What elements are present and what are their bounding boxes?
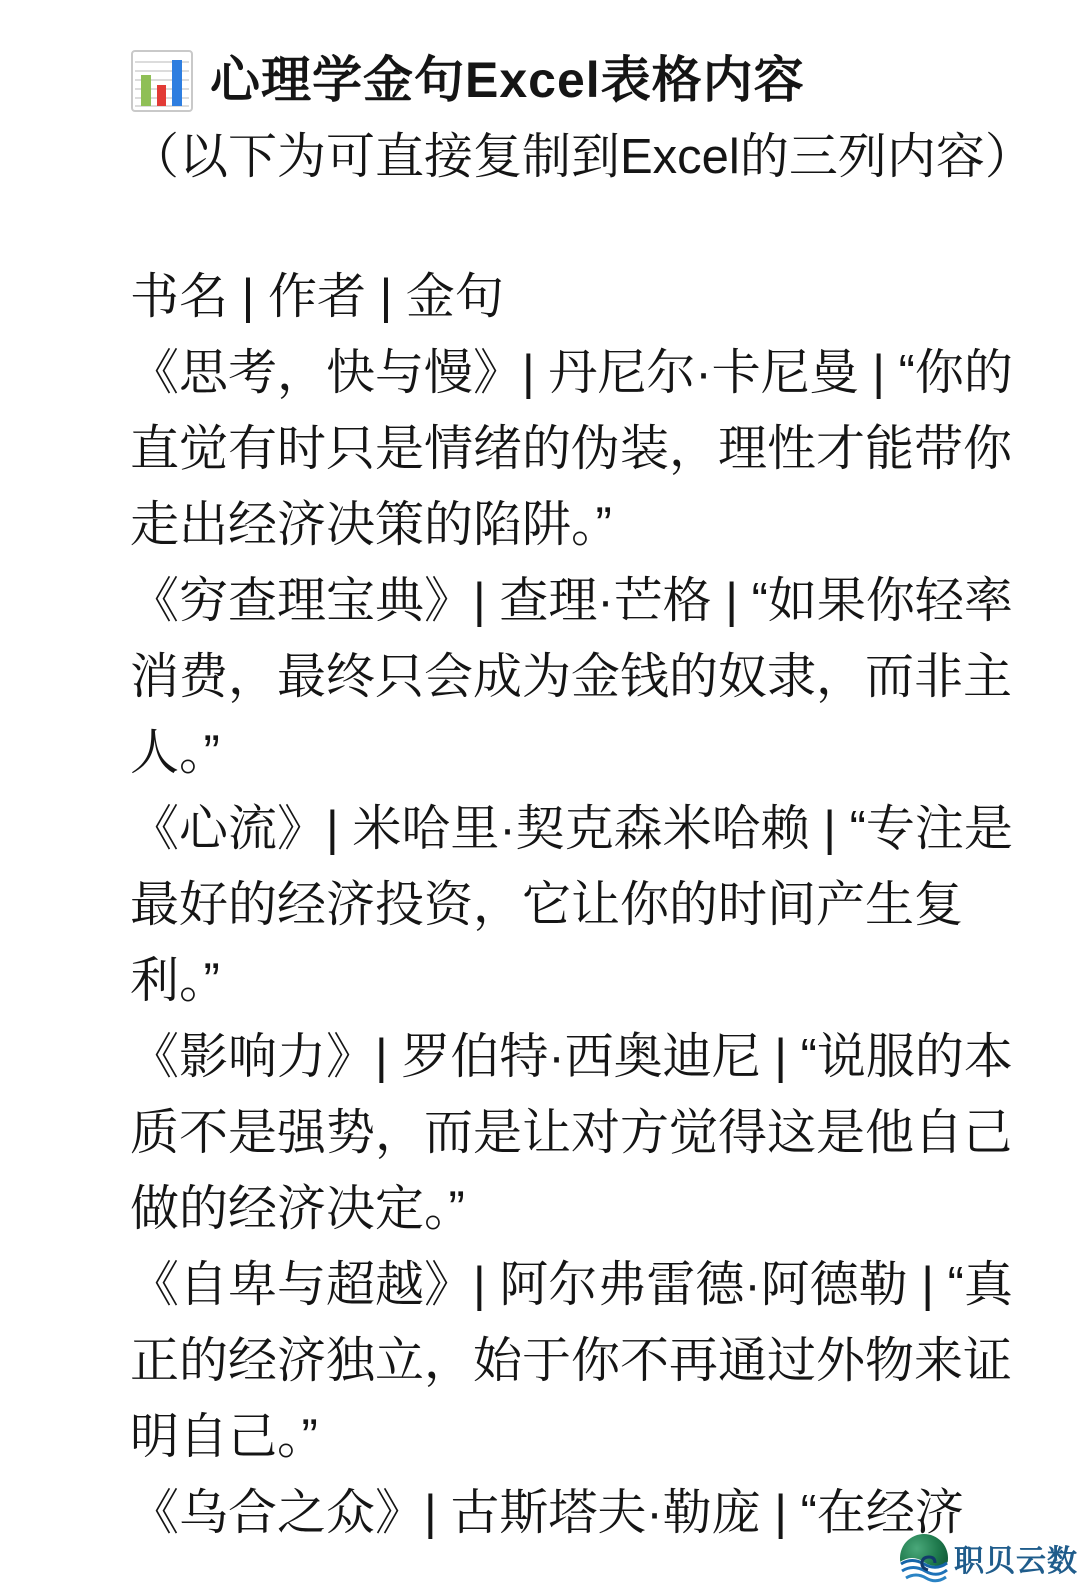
- table-text-block: 书名 | 作者 | 金句 《思考，快与慢》| 丹尼尔·卡尼曼 | “你的直觉有时…: [130, 259, 1015, 1551]
- table-row: 《思考，快与慢》| 丹尼尔·卡尼曼 | “你的直觉有时只是情绪的伪装，理性才能带…: [130, 335, 1015, 563]
- bar-chart-icon: [130, 49, 194, 113]
- table-row: 《穷查理宝典》| 查理·芒格 | “如果你轻率消费，最终只会成为金钱的奴隶，而非…: [130, 563, 1015, 791]
- watermark-text: 职贝云数: [954, 1536, 1078, 1580]
- table-header-row: 书名 | 作者 | 金句: [130, 259, 1015, 335]
- table-row: 《影响力》| 罗伯特·西奥迪尼 | “说服的本质不是强势，而是让对方觉得这是他自…: [130, 1019, 1015, 1247]
- watermark: 职贝云数: [898, 1532, 1078, 1584]
- table-row: 《自卑与超越》| 阿尔弗雷德·阿德勒 | “真正的经济独立，始于你不再通过外物来…: [130, 1247, 1015, 1475]
- globe-wave-logo-icon: [898, 1532, 950, 1584]
- table-row: 《乌合之众》| 古斯塔夫·勒庞 | “在经济: [130, 1475, 1015, 1551]
- page-title: 心理学金句Excel表格内容: [210, 42, 805, 119]
- article-body: 心理学金句Excel表格内容 （以下为可直接复制到Excel的三列内容） 书名 …: [0, 0, 1080, 1551]
- subtitle-note: （以下为可直接复制到Excel的三列内容）: [130, 119, 1015, 195]
- title-row: 心理学金句Excel表格内容: [130, 42, 1015, 119]
- table-row: 《心流》| 米哈里·契克森米哈赖 | “专注是最好的经济投资，它让你的时间产生复…: [130, 791, 1015, 1019]
